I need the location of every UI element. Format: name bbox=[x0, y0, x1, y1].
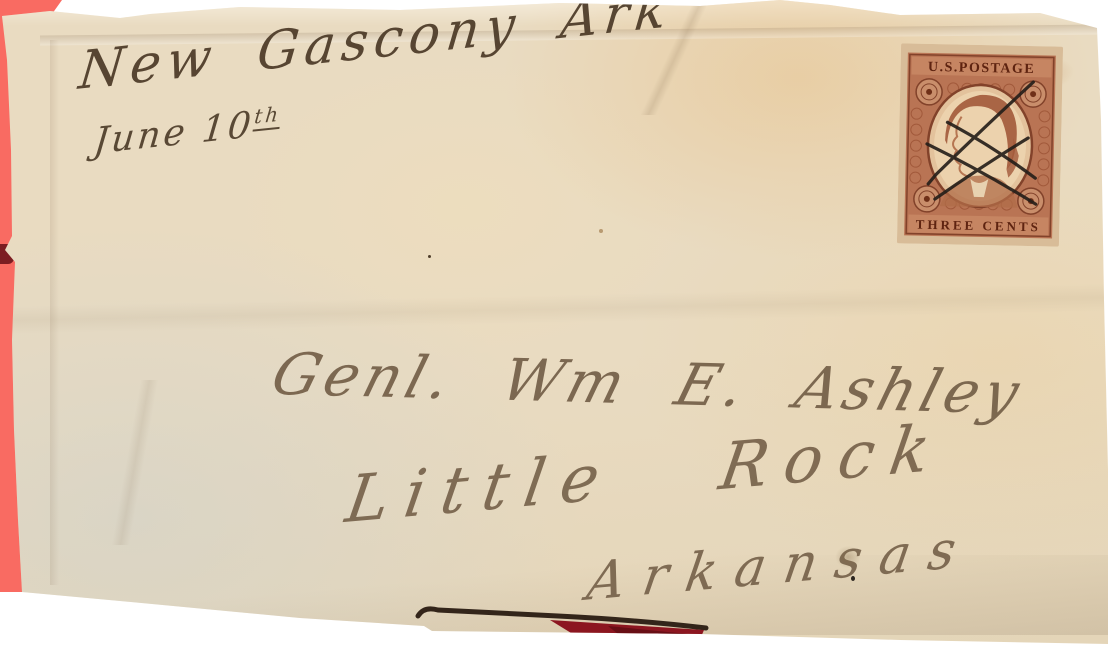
bottom-marks-art bbox=[408, 594, 718, 646]
postmark-date-text: June 10 bbox=[92, 104, 256, 162]
ink-speck bbox=[851, 576, 855, 581]
postage-stamp: U.S.POSTAGE THREE CENTS bbox=[897, 43, 1063, 246]
envelope-scan: New Gascony Ark June 10th Genl. Wm E. As… bbox=[0, 0, 1108, 649]
envelope: New Gascony Ark June 10th Genl. Wm E. As… bbox=[0, 0, 1108, 649]
paper-crease bbox=[50, 40, 59, 585]
manuscript-postmark-date: June 10th bbox=[92, 104, 282, 160]
stamp-art: U.S.POSTAGE THREE CENTS bbox=[897, 43, 1063, 246]
manuscript-postmark-location: New Gascony Ark bbox=[76, 0, 675, 98]
stamp-top-label: U.S.POSTAGE bbox=[928, 60, 1036, 77]
paper-speck bbox=[599, 229, 603, 233]
bottom-ink-and-seal-marks bbox=[408, 594, 718, 646]
paper-crease bbox=[0, 380, 270, 545]
ink-smudge bbox=[832, 543, 864, 571]
address-recipient: Genl. Wm E. Ashley bbox=[266, 345, 1030, 422]
postmark-date-ordinal: th bbox=[253, 102, 282, 131]
ink-speck bbox=[428, 255, 431, 258]
paper-crease bbox=[0, 283, 1108, 334]
stamp-bottom-label: THREE CENTS bbox=[916, 217, 1041, 235]
address-city: Little Rock bbox=[342, 416, 950, 533]
